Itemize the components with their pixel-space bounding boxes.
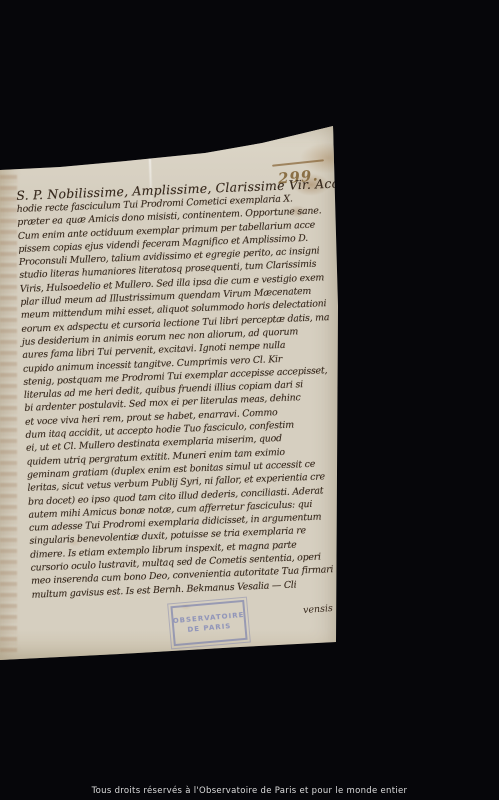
photo-background: 299. S. P. Nobilissime, Amplissime, Clar…: [0, 0, 499, 800]
manuscript-page: 299. S. P. Nobilissime, Amplissime, Clar…: [0, 126, 338, 660]
copyright-caption: Tous droits réservés à l'Observatoire de…: [0, 786, 499, 796]
adjacent-page-bleedthrough: [0, 172, 17, 652]
catchword: vensis: [303, 603, 334, 616]
letter-text: S. P. Nobilissime, Amplissime, Clarissim…: [16, 175, 374, 602]
archive-stamp-line2: DE PARIS: [187, 622, 232, 634]
archive-stamp: OBSERVATOIRE DE PARIS: [170, 600, 247, 646]
